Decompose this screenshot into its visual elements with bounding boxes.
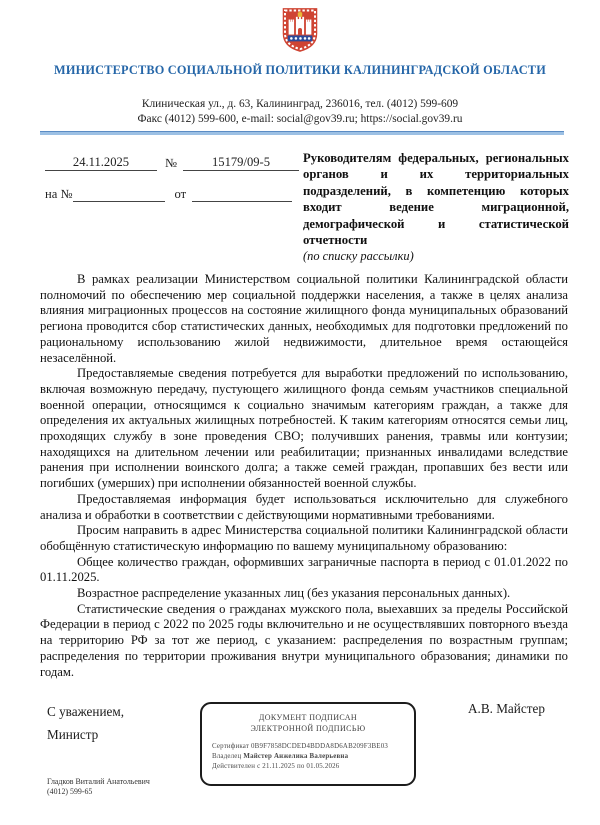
certificate-label: Сертификат — [212, 743, 249, 750]
stamp-details: Сертификат 0B9F7858DCDED4BDDA8D6AB209F3B… — [212, 742, 414, 772]
certificate-value: 0B9F7858DCDED4BDDA8D6AB209F3BE03 — [251, 743, 388, 750]
reply-ref-line: на № от — [45, 187, 300, 202]
coat-of-arms-icon — [280, 6, 320, 54]
addressee-text: Руководителям федеральных, региональных … — [303, 151, 569, 247]
executor-name: Гладков Виталий Анатольевич — [47, 777, 150, 787]
outgoing-ref-line: 24.11.2025 № 15179/09-5 — [45, 155, 300, 171]
contact-block: Клиническая ул., д. 63, Калининград, 236… — [0, 97, 600, 126]
paragraph: В рамках реализации Министерством социал… — [40, 272, 568, 366]
stamp-title-line2: ЭЛЕКТРОННОЙ ПОДПИСЬЮ — [202, 724, 414, 735]
owner-label: Владелец — [212, 753, 241, 760]
digital-signature-stamp: ДОКУМЕНТ ПОДПИСАН ЭЛЕКТРОННОЙ ПОДПИСЬЮ С… — [200, 702, 416, 786]
paragraph: Предоставляемая информация будет использ… — [40, 492, 568, 523]
closing-phrase: С уважением, — [47, 700, 124, 723]
addressee-block: Руководителям федеральных, региональных … — [303, 150, 569, 265]
addressee-note: (по списку рассылки) — [303, 248, 569, 264]
stamp-owner-line: Владелец Майстер Анжелика Валерьевна — [212, 752, 414, 762]
reference-block: 24.11.2025 № 15179/09-5 на № от — [45, 155, 300, 202]
letter-body: В рамках реализации Министерством социал… — [40, 272, 568, 680]
stamp-certificate-line: Сертификат 0B9F7858DCDED4BDDA8D6AB209F3B… — [212, 742, 414, 752]
paragraph: Возрастное распределение указанных лиц (… — [40, 586, 568, 602]
letter-date: 24.11.2025 — [45, 155, 157, 171]
stamp-title-line1: ДОКУМЕНТ ПОДПИСАН — [202, 713, 414, 724]
paragraph: Предоставляемые сведения потребуется для… — [40, 366, 568, 492]
reply-date-blank — [192, 187, 292, 202]
contacts-line: Факс (4012) 599-600, e-mail: social@gov3… — [0, 112, 600, 127]
number-sign: № — [165, 156, 177, 171]
closing-block: С уважением, Министр — [47, 700, 124, 746]
letter-number: 15179/09-5 — [183, 155, 299, 171]
ministry-title: МИНИСТЕРСТВО СОЦИАЛЬНОЙ ПОЛИТИКИ КАЛИНИН… — [0, 63, 600, 78]
executor-phone: (4012) 599-65 — [47, 787, 150, 797]
signer-position: Министр — [47, 723, 124, 746]
paragraph: Общее количество граждан, оформивших заг… — [40, 555, 568, 586]
letter-page: МИНИСТЕРСТВО СОЦИАЛЬНОЙ ПОЛИТИКИ КАЛИНИН… — [0, 0, 600, 825]
reply-number-blank — [73, 187, 165, 202]
stamp-validity-line: Действителен с 21.11.2025 по 01.05.2026 — [212, 762, 414, 772]
signer-name: А.В. Майстер — [468, 701, 545, 717]
owner-name: Майстер Анжелика Валерьевна — [243, 753, 348, 760]
paragraph: Просим направить в адрес Министерства со… — [40, 523, 568, 554]
reply-from-label: от — [175, 187, 187, 202]
paragraph: Статистические сведения о гражданах мужс… — [40, 602, 568, 681]
address-line: Клиническая ул., д. 63, Калининград, 236… — [0, 97, 600, 112]
header-divider — [40, 131, 564, 135]
reply-prefix-label: на № — [45, 187, 73, 202]
executor-block: Гладков Виталий Анатольевич (4012) 599-6… — [47, 777, 150, 797]
stamp-title: ДОКУМЕНТ ПОДПИСАН ЭЛЕКТРОННОЙ ПОДПИСЬЮ — [202, 713, 414, 734]
